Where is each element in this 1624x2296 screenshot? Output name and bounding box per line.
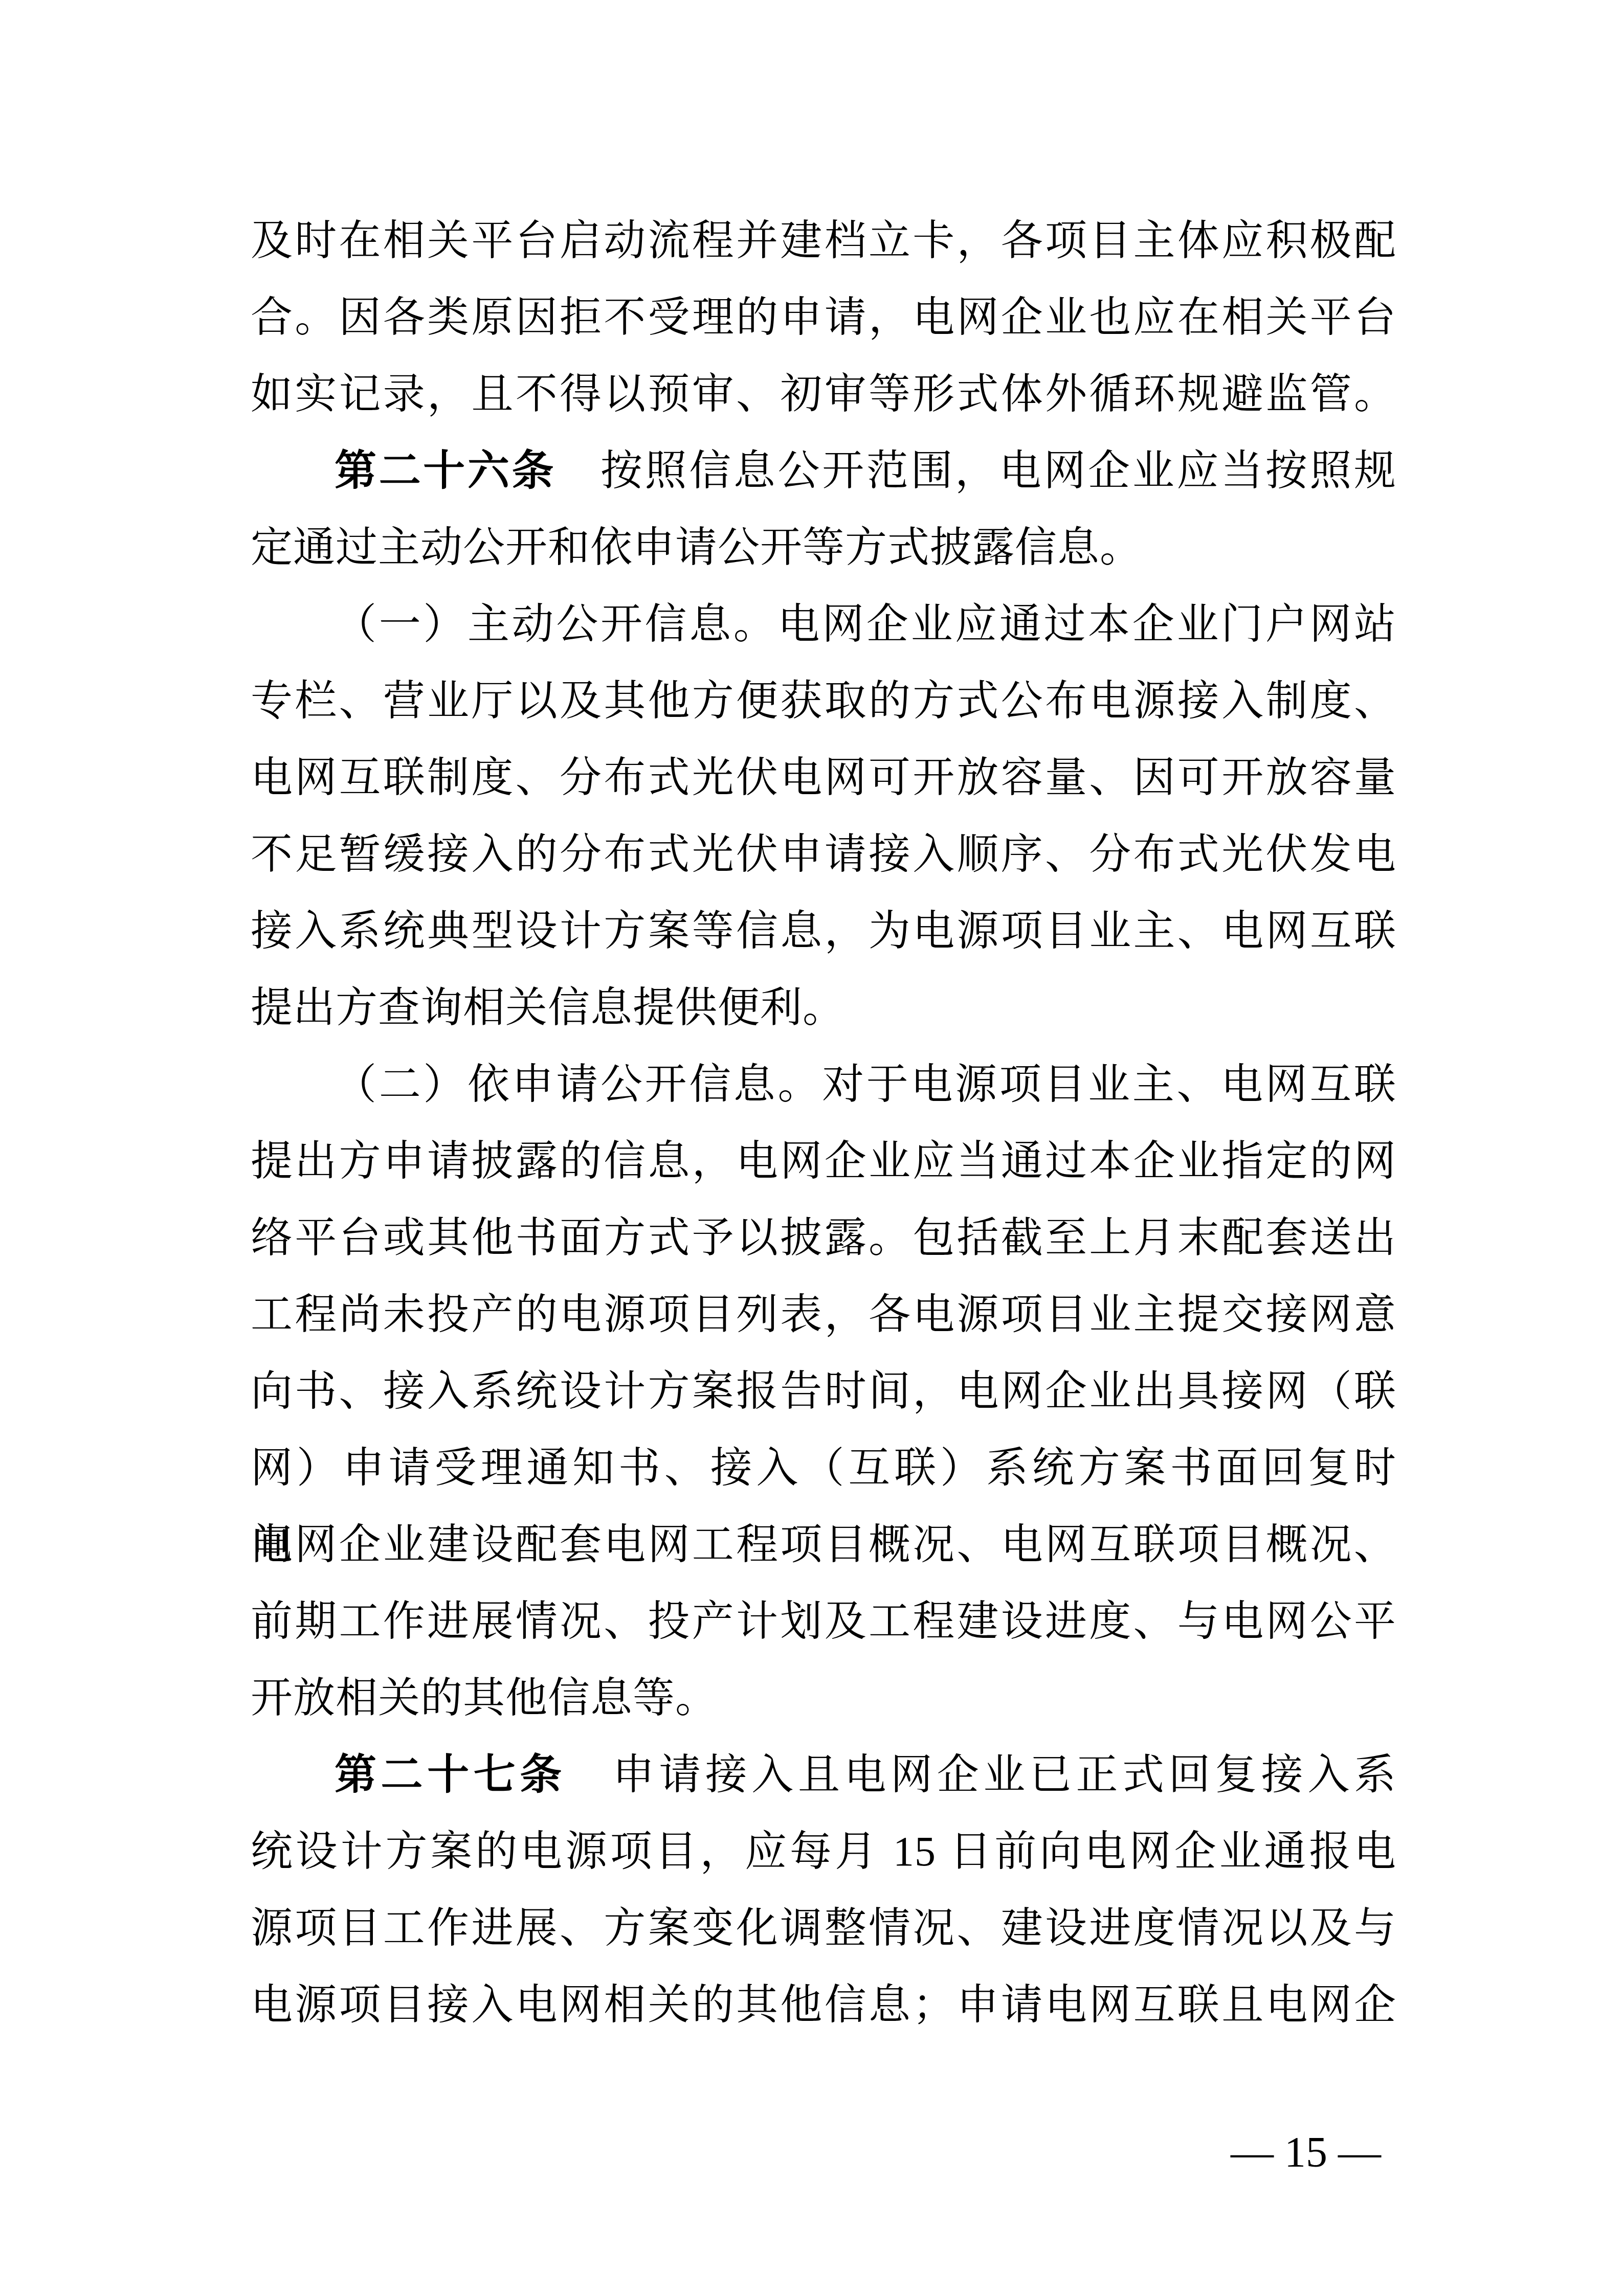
text-line: 工程尚未投产的电源项目列表，各电源项目业主提交接网意 xyxy=(251,1276,1396,1353)
text-line: 合。因各类原因拒不受理的申请，电网企业也应在相关平台 xyxy=(251,279,1396,356)
text-run: 定通过主动公开和依申请公开等方式披露信息。 xyxy=(251,524,1142,571)
text-line: （二）依申请公开信息。对于电源项目业主、电网互联 xyxy=(251,1046,1396,1123)
text-run: 源项目工作进展、方案变化调整情况、建设进度情况以及与 xyxy=(251,1905,1396,1951)
text-run: 前期工作进展情况、投产计划及工程建设进度、与电网公平 xyxy=(251,1598,1396,1645)
text-run: 申请接入且电网企业已正式回复接入系 xyxy=(566,1751,1396,1798)
text-line: 前期工作进展情况、投产计划及工程建设进度、与电网公平 xyxy=(251,1583,1396,1660)
page-number: — 15 — xyxy=(1231,2131,1381,2174)
text-line: 电网企业建设配套电网工程项目概况、电网互联项目概况、 xyxy=(251,1506,1396,1583)
text-run: 向书、接入系统设计方案报告时间，电网企业出具接网（联 xyxy=(251,1368,1396,1414)
text-line: 第二十七条 申请接入且电网企业已正式回复接入系 xyxy=(251,1737,1396,1813)
text-run: 提出方查询相关信息提供便利。 xyxy=(251,984,845,1031)
text-line: 定通过主动公开和依申请公开等方式披露信息。 xyxy=(251,509,1396,586)
text-run: 不足暂缓接入的分布式光伏申请接入顺序、分布式光伏发电 xyxy=(251,831,1396,877)
text-run: 专栏、营业厅以及其他方便获取的方式公布电源接入制度、 xyxy=(251,678,1396,724)
text-run: （二）依申请公开信息。对于电源项目业主、电网互联 xyxy=(335,1061,1396,1108)
text-line: 源项目工作进展、方案变化调整情况、建设进度情况以及与 xyxy=(251,1890,1396,1967)
text-line: 提出方申请披露的信息，电网企业应当通过本企业指定的网 xyxy=(251,1123,1396,1200)
text-run: 统设计方案的电源项目，应每月 15 日前向电网企业通报电 xyxy=(251,1828,1396,1875)
text-run: 按照信息公开范围，电网企业应当按照规 xyxy=(556,447,1396,494)
text-line: 向书、接入系统设计方案报告时间，电网企业出具接网（联 xyxy=(251,1353,1396,1430)
text-run: 合。因各类原因拒不受理的申请，电网企业也应在相关平台 xyxy=(251,294,1396,341)
text-run: 工程尚未投产的电源项目列表，各电源项目业主提交接网意 xyxy=(251,1291,1396,1338)
text-line: 网）申请受理通知书、接入（互联）系统方案书面回复时间、 xyxy=(251,1430,1396,1506)
text-line: 开放相关的其他信息等。 xyxy=(251,1660,1396,1737)
text-run: 如实记录，且不得以预审、初审等形式体外循环规避监管。 xyxy=(251,371,1396,417)
article-heading: 第二十七条 xyxy=(335,1751,566,1798)
text-line: 提出方查询相关信息提供便利。 xyxy=(251,970,1396,1046)
document-body: 及时在相关平台启动流程并建档立卡，各项目主体应积极配合。因各类原因拒不受理的申请… xyxy=(251,202,1396,2043)
text-run: 及时在相关平台启动流程并建档立卡，各项目主体应积极配 xyxy=(251,217,1396,264)
page: { "page": { "number_label": "— 15 —" }, … xyxy=(0,0,1624,2296)
text-line: 第二十六条 按照信息公开范围，电网企业应当按照规 xyxy=(251,433,1396,509)
text-line: 接入系统典型设计方案等信息，为电源项目业主、电网互联 xyxy=(251,893,1396,970)
text-run: 络平台或其他书面方式予以披露。包括截至上月末配套送出 xyxy=(251,1214,1396,1261)
text-line: 如实记录，且不得以预审、初审等形式体外循环规避监管。 xyxy=(251,356,1396,433)
text-line: 电源项目接入电网相关的其他信息；申请电网互联且电网企 xyxy=(251,1967,1396,2043)
text-run: 开放相关的其他信息等。 xyxy=(251,1675,718,1721)
text-line: 不足暂缓接入的分布式光伏申请接入顺序、分布式光伏发电 xyxy=(251,816,1396,893)
article-heading: 第二十六条 xyxy=(335,447,556,494)
text-line: 统设计方案的电源项目，应每月 15 日前向电网企业通报电 xyxy=(251,1813,1396,1890)
text-line: 专栏、营业厅以及其他方便获取的方式公布电源接入制度、 xyxy=(251,663,1396,739)
text-line: 及时在相关平台启动流程并建档立卡，各项目主体应积极配 xyxy=(251,202,1396,279)
text-run: （一）主动公开信息。电网企业应通过本企业门户网站 xyxy=(335,601,1396,647)
text-run: 接入系统典型设计方案等信息，为电源项目业主、电网互联 xyxy=(251,908,1396,954)
text-run: 电网企业建设配套电网工程项目概况、电网互联项目概况、 xyxy=(251,1521,1396,1568)
text-line: （一）主动公开信息。电网企业应通过本企业门户网站 xyxy=(251,586,1396,663)
text-run: 电源项目接入电网相关的其他信息；申请电网互联且电网企 xyxy=(251,1982,1396,2028)
text-line: 络平台或其他书面方式予以披露。包括截至上月末配套送出 xyxy=(251,1200,1396,1276)
text-run: 提出方申请披露的信息，电网企业应当通过本企业指定的网 xyxy=(251,1138,1396,1184)
text-line: 电网互联制度、分布式光伏电网可开放容量、因可开放容量 xyxy=(251,739,1396,816)
text-run: 电网互联制度、分布式光伏电网可开放容量、因可开放容量 xyxy=(251,754,1396,801)
